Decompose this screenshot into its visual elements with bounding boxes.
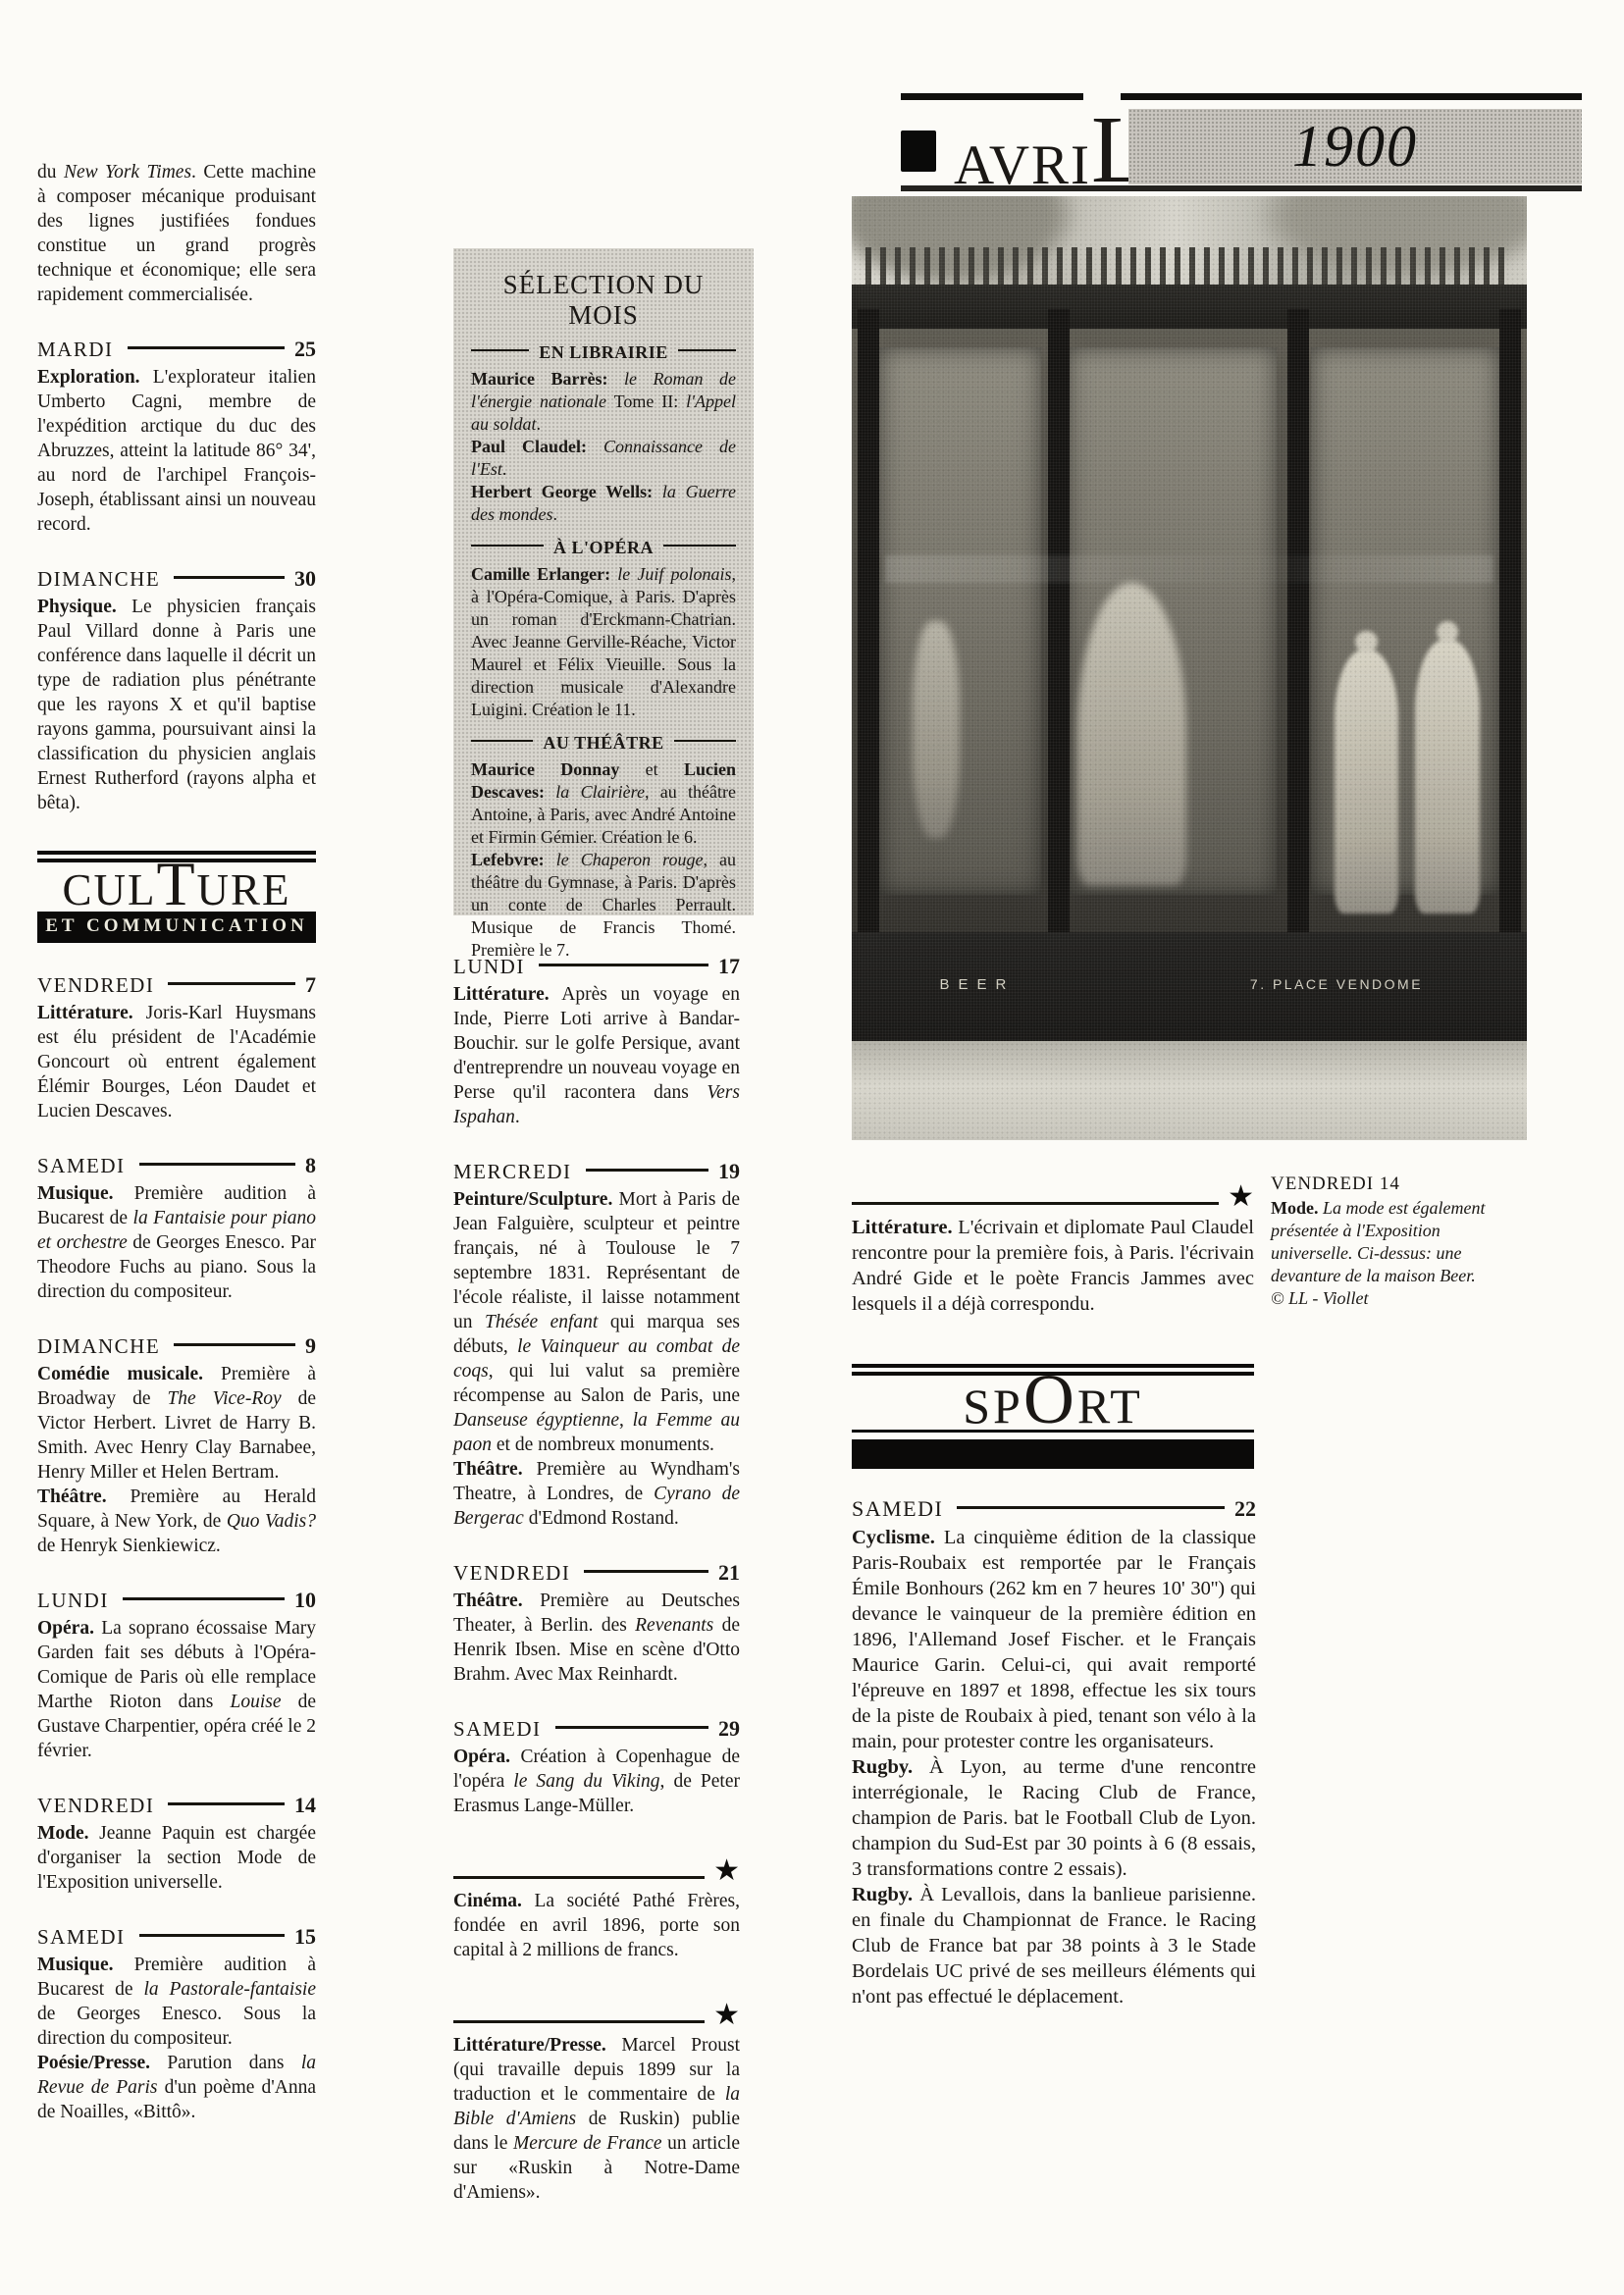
- masthead-year: 1900: [1292, 113, 1418, 181]
- selection-paragraph: Maurice Donnay et Lucien Descaves: la Cl…: [471, 758, 736, 849]
- italic-text: Revenants: [635, 1615, 713, 1636]
- italic-text: la Pastorale-fantaisie: [143, 1979, 316, 2000]
- event-day: SAMEDI: [37, 1154, 126, 1178]
- event-paragraph: Mode. Jeanne Paquin est chargée d'organi…: [37, 1821, 316, 1895]
- event-paragraph: Physique. Le physicien français Paul Vil…: [37, 595, 316, 815]
- event-day: SAMEDI: [852, 1496, 943, 1522]
- text: [653, 482, 662, 501]
- event-number: 9: [305, 1333, 316, 1359]
- selection-paragraph: Herbert George Wells: la Guerre des mond…: [471, 481, 736, 526]
- event-day: DIMANCHE: [37, 1334, 160, 1359]
- bold-text: Littérature/Presse.: [453, 2035, 606, 2056]
- bold-text: Peinture/Sculpture.: [453, 1189, 612, 1210]
- divider-line: [453, 1876, 705, 1879]
- event-number: 30: [294, 566, 316, 592]
- left-column: du New York Times. Cette machine à compo…: [37, 160, 316, 2124]
- photo-caption: VENDREDI 14 Mode. La mode est également …: [1271, 1174, 1504, 1310]
- italic-text: le Juif polonais: [617, 564, 731, 584]
- bold-text: Exploration.: [37, 367, 140, 388]
- text: Tome II:: [606, 391, 686, 411]
- italic-text: Thésée enfant: [485, 1312, 598, 1332]
- bold-text: Comédie musicale.: [37, 1364, 203, 1384]
- selection-heading-text: À L'OPÉRA: [544, 538, 663, 558]
- bold-text: Théâtre.: [453, 1591, 523, 1611]
- italic-text: The Vice-Roy: [167, 1388, 281, 1409]
- text: L'explorateur italien Umberto Cagni, mem…: [37, 367, 316, 535]
- selection-paragraph: Paul Claudel: Connaissance de l'Est.: [471, 436, 736, 481]
- event-day: VENDREDI: [37, 973, 154, 998]
- text: La cinquième édition de la classique Par…: [852, 1527, 1256, 1752]
- event-day-header: DIMANCHE9: [37, 1333, 316, 1359]
- selection-paragraph: Maurice Barrès: le Roman de l'énergie na…: [471, 368, 736, 436]
- bold-text: Rugby.: [852, 1756, 913, 1778]
- text: .: [502, 459, 507, 479]
- event-day: VENDREDI: [37, 1794, 154, 1818]
- selection-section-heading: AU THÉÂTRE: [471, 733, 736, 754]
- bold-text: Théâtre.: [453, 1459, 523, 1480]
- event-paragraph: Théâtre. Première au Herald Square, à Ne…: [37, 1485, 316, 1558]
- bold-text: Poésie/Presse.: [37, 2053, 150, 2073]
- event-day-header: VENDREDI7: [37, 972, 316, 998]
- divider-line: [852, 1202, 1219, 1205]
- text: , qui lui valut sa première récompense a…: [453, 1361, 740, 1406]
- event-day: DIMANCHE: [37, 567, 160, 592]
- event-day-header: SAMEDI8: [37, 1153, 316, 1178]
- heading-rule: [471, 740, 533, 742]
- star-icon: ★: [1228, 1179, 1254, 1214]
- bold-text: Littérature.: [852, 1217, 953, 1238]
- event-day-header: MERCREDI19: [453, 1159, 740, 1184]
- selection-paragraph: Camille Erlanger: le Juif polonais, à l'…: [471, 563, 736, 721]
- text: . Cette machine à composer mécanique pro…: [37, 162, 316, 305]
- text: ,: [619, 1410, 633, 1431]
- text: Parution dans: [150, 2053, 301, 2073]
- sport-black-band: [852, 1439, 1254, 1469]
- sport-title-text: SP: [963, 1379, 1023, 1434]
- text: et: [619, 759, 684, 779]
- event-day-header: SAMEDI22: [852, 1496, 1256, 1522]
- middle-column: LUNDI17Littérature. Après un voyage en I…: [453, 954, 740, 2205]
- italic-text: © LL - Viollet: [1271, 1288, 1369, 1308]
- masthead-rule: [1121, 93, 1582, 100]
- event-rule: [586, 1169, 708, 1172]
- heading-rule: [471, 349, 529, 351]
- bold-text: Cyclisme.: [852, 1527, 935, 1548]
- event-number: 17: [718, 954, 740, 979]
- culture-title-big-letter: T: [156, 849, 196, 918]
- star-icon: ★: [713, 1853, 740, 1888]
- starred-item: ★Littérature/Presse. Marcel Proust (qui …: [453, 2008, 740, 2205]
- event-number: 10: [294, 1588, 316, 1613]
- masthead-month: AVRIL: [954, 96, 1151, 188]
- event-day-header: VENDREDI21: [453, 1560, 740, 1586]
- event-day-header: LUNDI10: [37, 1588, 316, 1613]
- event-rule: [168, 1802, 285, 1805]
- event-number: 25: [294, 337, 316, 362]
- italic-text: le Chaperon rouge: [556, 850, 704, 869]
- text: .: [515, 1107, 520, 1127]
- selection-section-heading: À L'OPÉRA: [471, 538, 736, 558]
- text: et de nombreux monuments.: [492, 1434, 714, 1455]
- sport-column: SAMEDI22Cyclisme. La cinquième édition d…: [852, 1496, 1256, 2009]
- event-rule: [555, 1726, 708, 1729]
- text: [545, 850, 556, 869]
- bold-text: Herbert George Wells:: [471, 482, 653, 501]
- starred-paragraph: Littérature. L'écrivain et diplomate Pau…: [852, 1215, 1254, 1317]
- selection-heading-text: AU THÉÂTRE: [533, 733, 673, 754]
- paragraph: du New York Times. Cette machine à compo…: [37, 160, 316, 307]
- culture-subtitle-band: ET COMMUNICATION: [37, 912, 316, 943]
- event-number: 19: [718, 1159, 740, 1184]
- event-rule: [139, 1163, 295, 1166]
- magazine-page: AVRIL 1900 du New York Times. Cette mach…: [0, 0, 1624, 2295]
- event-paragraph: Musique. Première audition à Bucarest de…: [37, 1953, 316, 2051]
- sport-title-text: RT: [1077, 1379, 1143, 1434]
- event-rule: [174, 1343, 295, 1346]
- italic-text: Mercure de France: [513, 2133, 662, 2154]
- bold-text: Physique.: [37, 597, 117, 617]
- selection-du-mois-box: SÉLECTION DU MOIS EN LIBRAIRIEMaurice Ba…: [453, 248, 754, 915]
- event-paragraph: Comédie musicale. Première à Broadway de…: [37, 1362, 316, 1485]
- culture-title-text: CUL: [62, 865, 156, 914]
- star-divider: ★: [453, 1863, 740, 1885]
- event-number: 14: [294, 1793, 316, 1818]
- starred-paragraph: Littérature/Presse. Marcel Proust (qui t…: [453, 2033, 740, 2205]
- text: de Henryk Sienkiewicz.: [37, 1536, 221, 1556]
- event-day: VENDREDI: [453, 1561, 570, 1586]
- bold-text: Camille Erlanger:: [471, 564, 610, 584]
- text: Le physicien français Paul Villard donne…: [37, 597, 316, 813]
- event-rule: [139, 1934, 285, 1937]
- event-day: LUNDI: [37, 1589, 109, 1613]
- event-day-header: SAMEDI15: [37, 1924, 316, 1950]
- bold-text: Paul Claudel:: [471, 437, 587, 456]
- event-paragraph: Opéra. Création à Copenhague de l'opéra …: [453, 1745, 740, 1818]
- text: À Levallois, dans la banlieue parisienne…: [852, 1884, 1256, 2008]
- bold-text: Lefebvre:: [471, 850, 545, 869]
- event-paragraph: Cyclisme. La cinquième édition de la cla…: [852, 1525, 1256, 1754]
- italic-text: Quo Vadis?: [227, 1511, 316, 1532]
- event-paragraph: Théâtre. Première au Deutsches Theater, …: [453, 1589, 740, 1687]
- selection-paragraph: Lefebvre: le Chaperon rouge, au théâtre …: [471, 849, 736, 962]
- sport-title-big-letter: O: [1023, 1360, 1077, 1438]
- culture-title: CULTURE: [37, 866, 316, 908]
- bold-text: Littérature.: [453, 984, 550, 1005]
- masthead-rule: [901, 185, 1582, 191]
- heading-rule: [674, 740, 736, 742]
- heading-rule: [678, 349, 736, 351]
- event-paragraph: Opéra. La soprano écossaise Mary Garden …: [37, 1616, 316, 1763]
- event-day-header: LUNDI17: [453, 954, 740, 979]
- caption-heading: VENDREDI 14: [1271, 1174, 1504, 1195]
- italic-text: Louise: [230, 1692, 281, 1712]
- bold-text: Musique.: [37, 1955, 113, 1975]
- text: [607, 369, 624, 389]
- bold-text: Cinéma.: [453, 1891, 522, 1911]
- culture-title-text: URE: [197, 865, 291, 914]
- event-paragraph: Peinture/Sculpture. Mort à Paris de Jean…: [453, 1187, 740, 1457]
- sport-section-header: SPORT: [852, 1364, 1254, 1469]
- text: [587, 437, 603, 456]
- bold-text: Maurice Donnay: [471, 759, 619, 779]
- heading-rule: [471, 545, 544, 547]
- event-rule: [957, 1506, 1225, 1509]
- photo-maison-beer: BEER 7. PLACE VENDOME: [852, 196, 1527, 1140]
- event-day: LUNDI: [453, 955, 525, 979]
- starred-item: ★Littérature. L'écrivain et diplomate Pa…: [852, 1189, 1254, 1317]
- event-day-header: VENDREDI14: [37, 1793, 316, 1818]
- selection-box-sections: EN LIBRAIRIEMaurice Barrès: le Roman de …: [471, 342, 736, 962]
- bold-text: Littérature.: [37, 1003, 133, 1023]
- photo-grain-overlay: [852, 196, 1527, 1140]
- sport-title: SPORT: [852, 1380, 1254, 1426]
- month-text: AVRI: [954, 143, 1091, 188]
- bold-text: Théâtre.: [37, 1487, 107, 1507]
- literature-note: ★Littérature. L'écrivain et diplomate Pa…: [852, 1189, 1254, 1317]
- caption-paragraph: © LL - Viollet: [1271, 1287, 1504, 1310]
- event-paragraph: Rugby. À Levallois, dans la banlieue par…: [852, 1882, 1256, 2009]
- starred-item: ★Cinéma. La société Pathé Frères, fondée…: [453, 1863, 740, 1962]
- text: de Georges Enesco. Sous la direction du …: [37, 2004, 316, 2049]
- divider-line: [453, 2020, 705, 2023]
- text: , à l'Opéra-Comique, à Paris. D'après un…: [471, 564, 736, 719]
- event-number: 22: [1234, 1496, 1256, 1522]
- masthead-year-box: 1900: [1128, 109, 1582, 184]
- caption-paragraphs: Mode. La mode est également présentée à …: [1271, 1197, 1504, 1310]
- event-number: 21: [718, 1560, 740, 1586]
- culture-section-header: CULTUREET COMMUNICATION: [37, 851, 316, 943]
- selection-box-title: SÉLECTION DU MOIS: [471, 270, 736, 331]
- bold-text: Musique.: [37, 1183, 113, 1204]
- event-day: SAMEDI: [453, 1717, 542, 1742]
- selection-heading-text: EN LIBRAIRIE: [529, 342, 678, 363]
- event-paragraph: Musique. Première audition à Bucarest de…: [37, 1181, 316, 1304]
- masthead-square-icon: [901, 130, 936, 172]
- bold-text: Maurice Barrès:: [471, 369, 607, 389]
- event-day: MARDI: [37, 338, 114, 362]
- event-rule: [123, 1597, 285, 1600]
- text: du: [37, 162, 64, 183]
- star-divider: ★: [852, 1189, 1254, 1211]
- caption-paragraph: Mode. La mode est également présentée à …: [1271, 1197, 1504, 1287]
- event-paragraph: Littérature. Joris-Karl Huysmans est élu…: [37, 1001, 316, 1123]
- event-paragraph: Théâtre. Première au Wyndham's Theatre, …: [453, 1457, 740, 1531]
- event-paragraph: Littérature. Après un voyage en Inde, Pi…: [453, 982, 740, 1129]
- italic-text: la Clairière: [555, 782, 645, 802]
- event-day-header: DIMANCHE30: [37, 566, 316, 592]
- bold-text: Mode.: [37, 1823, 89, 1844]
- event-paragraph: Poésie/Presse. Parution dans la Revue de…: [37, 2051, 316, 2124]
- bold-text: Rugby.: [852, 1884, 913, 1905]
- text: d'Edmond Rostand.: [524, 1508, 679, 1529]
- event-day-header: SAMEDI29: [453, 1716, 740, 1742]
- italic-text: le Sang du Viking: [513, 1771, 659, 1792]
- event-number: 15: [294, 1924, 316, 1950]
- starred-paragraph: Cinéma. La société Pathé Frères, fondée …: [453, 1889, 740, 1962]
- event-rule: [128, 346, 285, 349]
- italic-text: New York Times: [64, 162, 191, 183]
- event-day: MERCREDI: [453, 1160, 572, 1184]
- event-rule: [539, 964, 708, 966]
- text: .: [537, 414, 542, 434]
- event-rule: [174, 576, 285, 579]
- text: [545, 782, 555, 802]
- text: À Lyon, au terme d'une rencontre interré…: [852, 1756, 1256, 1880]
- event-day-header: MARDI25: [37, 337, 316, 362]
- event-rule: [168, 982, 295, 985]
- bold-text: Opéra.: [453, 1747, 510, 1767]
- bold-text: Mode.: [1271, 1198, 1319, 1218]
- star-divider: ★: [453, 2008, 740, 2029]
- event-number: 29: [718, 1716, 740, 1742]
- event-day: SAMEDI: [37, 1925, 126, 1950]
- star-icon: ★: [713, 1998, 740, 2032]
- bold-text: Opéra.: [37, 1618, 94, 1639]
- event-paragraph: Exploration. L'explorateur italien Umber…: [37, 365, 316, 537]
- heading-rule: [663, 545, 736, 547]
- selection-section-heading: EN LIBRAIRIE: [471, 342, 736, 363]
- event-rule: [584, 1570, 708, 1573]
- event-number: 7: [305, 972, 316, 998]
- event-number: 8: [305, 1153, 316, 1178]
- text: .: [553, 504, 558, 524]
- italic-text: Danseuse égyptienne: [453, 1410, 619, 1431]
- event-paragraph: Rugby. À Lyon, au terme d'une rencontre …: [852, 1754, 1256, 1882]
